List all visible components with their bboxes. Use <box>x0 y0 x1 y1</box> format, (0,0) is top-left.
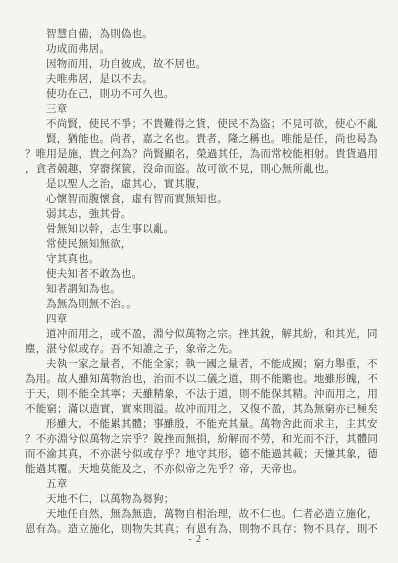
text-line: 道冲而用之，或不盈，淵兮似萬物之宗。挫其銳，解其紛，和其光，同其 <box>25 327 377 342</box>
text-line: 為用。故人雖知萬物治也，治而不以二儀之道，則不能贍也。地雖形魄，不法 <box>25 372 377 387</box>
page-number: - 2 - <box>0 533 398 547</box>
text-line: 塵，湛兮似或存。吾不知誰之子，象帝之先。 <box>25 342 377 357</box>
text-line: 天地任自然，無為無造，萬物自相治理，故不仁也。仁者必造立施化，有 <box>25 507 377 522</box>
text-line: 知者謂知為也。 <box>25 282 377 297</box>
text-line: 夫執一家之量者，不能全家；執一國之量者，不能成國；窮力舉重，不能 <box>25 357 377 372</box>
text-line: 天地不仁，以萬物為芻狗； <box>25 492 377 507</box>
text-line: 形雖大，不能累其體；事雖殷，不能充其量。萬物舍此而求主，主其安在乎 <box>25 417 377 432</box>
text-line: 不尚賢，使民不爭；不貴難得之貨，使民不為盜；不見可欲，使心不亂。 <box>25 117 377 132</box>
text-line: 弱其志，強其骨。 <box>25 207 377 222</box>
text-line: 夫唯弗居，是以不去。 <box>25 72 377 87</box>
text-line: 使功在己，則功不可久也。 <box>25 87 377 102</box>
scanned-book-page: 智慧自備，為則偽也。功成而弗居。因物而用，功自彼成，故不居也。夫唯弗居，是以不去… <box>0 0 398 563</box>
text-line: 賢，猶能也。尚者，嘉之名也。貴者，隆之稱也。唯能是任，尚也曷為 <box>25 132 377 147</box>
text-line: 守其真也。 <box>25 252 377 267</box>
text-line: 而不渝其真，不亦湛兮似或存乎？地守其形，德不能過其載；天慊其象，德不 <box>25 447 377 462</box>
text-line: 是以聖人之治，虛其心，實其腹， <box>25 177 377 192</box>
text-line: ？不亦淵兮似萬物之宗乎？銳挫而無損，紛解而不勞，和光而不汙，其體同塵 <box>25 432 377 447</box>
text-line: 因物而用，功自彼成，故不居也。 <box>25 57 377 72</box>
text-line: 智慧自備，為則偽也。 <box>25 27 377 42</box>
text-line: ？唯用是施，貴之何為？尚賢顯名，榮過其任，為而常校能相射。貴貨過用 <box>25 147 377 162</box>
text-line: 四章 <box>25 312 377 327</box>
text-block: 智慧自備，為則偽也。功成而弗居。因物而用，功自彼成，故不居也。夫唯弗居，是以不去… <box>25 27 377 537</box>
text-line: 于天，則不能全其寧；天雖精象，不法于道，則不能保其精。沖而用之，用乃 <box>25 387 377 402</box>
text-line: 三章 <box>25 102 377 117</box>
text-line: 心懷智而腹懷食，虛有智而實無知也。 <box>25 192 377 207</box>
text-line: 使夫知者不敢為也。 <box>25 267 377 282</box>
text-line: 五章 <box>25 477 377 492</box>
text-line: ，貪者競趣，穿窬探篋，沒命而盜。故可欲不見，則心無所亂也。 <box>25 162 377 177</box>
text-line: 功成而弗居。 <box>25 42 377 57</box>
text-line: 為無為則無不治。。 <box>25 297 377 312</box>
text-line: 能過其覆。天地莫能及之，不亦似帝之先乎？帝，天帝也。 <box>25 462 377 477</box>
text-line: 不能窮；滿以造實，實來則溢。故冲而用之，又復不盈，其為無窮亦已極矣。 <box>25 402 377 417</box>
text-line: 骨無知以幹，志生事以亂。 <box>25 222 377 237</box>
text-line: 常使民無知無欲， <box>25 237 377 252</box>
